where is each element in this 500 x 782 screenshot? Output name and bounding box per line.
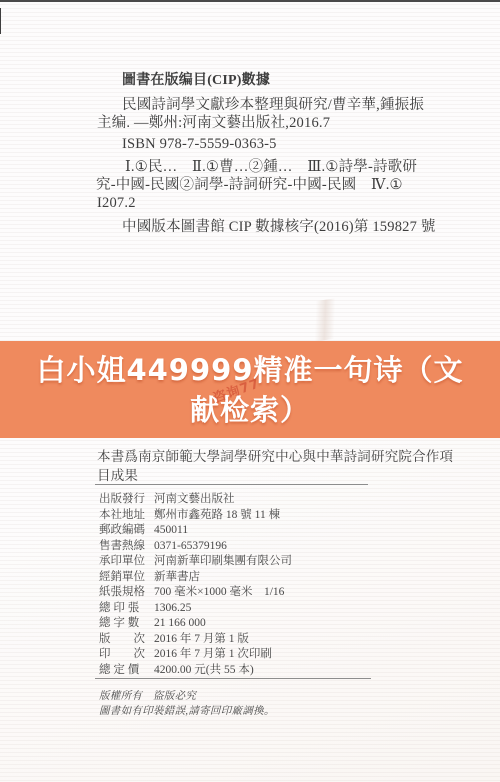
row-label: 總 印 張 <box>99 601 149 617</box>
row-label: 紙張規格 <box>99 585 149 601</box>
divider-rule-top <box>95 484 368 485</box>
page-top-edge <box>0 0 500 2</box>
table-row: 印 次 2016 年 7 月第 1 次印刷 <box>99 647 292 663</box>
cip-classification-line-3: I207.2 <box>97 196 136 211</box>
book-copyright-page: 圖書在版编目(CIP)數據 民國詩詞學文獻珍本整理與研究/曹辛華,鍾振振 主编.… <box>0 0 500 782</box>
project-note-line-2: 目成果 <box>97 464 138 484</box>
row-label: 版 次 <box>99 632 149 648</box>
page-left-edge-mark <box>0 8 1 34</box>
row-value: 1306.25 <box>154 601 191 617</box>
row-value: 0371-65379196 <box>154 539 227 555</box>
table-row: 郵政編碼 450011 <box>99 523 292 539</box>
row-value: 21 166 000 <box>154 616 206 632</box>
ad-banner-text-line-2: 献检索） <box>0 396 500 425</box>
project-note-line-1: 本書爲南京師範大學詞學研究中心與中華詩詞研究院合作項 <box>97 445 453 465</box>
table-row: 出版發行 河南文藝出版社 <box>99 492 292 508</box>
cip-title-line: 民國詩詞學文獻珍本整理與研究/曹辛華,鍾振振 <box>122 98 424 113</box>
row-value: 鄭州市鑫苑路 18 號 11 棟 <box>154 508 280 524</box>
table-row: 本社地址 鄭州市鑫苑路 18 號 11 棟 <box>99 508 292 524</box>
cip-isbn-line: ISBN 978-7-5559-0363-5 <box>122 137 277 152</box>
row-label: 印 次 <box>99 647 149 663</box>
return-instruction: 圖書如有印裝錯誤,請寄回印廠調換。 <box>99 703 275 718</box>
table-row: 紙張規格 700 毫米×1000 毫米 1/16 <box>99 585 292 601</box>
row-label: 總 字 數 <box>99 616 149 632</box>
cip-classification-line-2: 究-中國-民國②詞學-詩詞研究-中國-民國 Ⅳ.① <box>96 178 403 193</box>
table-row: 版 次 2016 年 7 月第 1 版 <box>99 632 292 648</box>
row-label: 出版發行 <box>99 492 149 508</box>
cip-classification-line-1: Ⅰ.①民… Ⅱ.①曹…②鍾… Ⅲ.①詩學-詩歌研 <box>125 160 417 175</box>
table-row: 經銷單位 新華書店 <box>99 570 292 586</box>
row-label: 郵政編碼 <box>99 523 149 539</box>
row-value: 新華書店 <box>154 570 200 586</box>
row-value: 河南新華印刷集團有限公司 <box>154 554 292 570</box>
row-label: 總 定 價 <box>99 663 149 679</box>
row-label: 承印單位 <box>99 554 149 570</box>
cip-publisher-line: 主编. —鄭州:河南文藝出版社,2016.7 <box>97 116 330 131</box>
table-row: 承印單位 河南新華印刷集團有限公司 <box>99 554 292 570</box>
cip-header: 圖書在版编目(CIP)數據 <box>122 73 270 88</box>
overlay-ad-banner: 白小姐449999精准一句诗（文 献检索） 咨询77 <box>0 341 500 438</box>
table-row: 總 字 數 21 166 000 <box>99 616 292 632</box>
row-value: 4200.00 元(共 55 本) <box>154 663 254 679</box>
row-label: 經銷單位 <box>99 570 149 586</box>
divider-rule-bottom <box>95 678 371 679</box>
publication-info-table: 出版發行 河南文藝出版社 本社地址 鄭州市鑫苑路 18 號 11 棟 郵政編碼 … <box>99 492 292 678</box>
table-row: 售書熱線 0371-65379196 <box>99 539 292 555</box>
row-value: 2016 年 7 月第 1 版 <box>154 632 249 648</box>
cip-record-number-line: 中國版本圖書館 CIP 數據核字(2016)第 159827 號 <box>122 220 436 235</box>
table-row: 總 印 張 1306.25 <box>99 601 292 617</box>
copyright-notice: 版權所有 盜版必究 <box>99 688 196 703</box>
row-label: 售書熱線 <box>99 539 149 555</box>
row-label: 本社地址 <box>99 508 149 524</box>
row-value: 2016 年 7 月第 1 次印刷 <box>154 647 272 663</box>
row-value: 河南文藝出版社 <box>154 492 235 508</box>
row-value: 700 毫米×1000 毫米 1/16 <box>154 585 284 601</box>
row-value: 450011 <box>154 523 188 539</box>
table-row: 總 定 價 4200.00 元(共 55 本) <box>99 663 292 679</box>
